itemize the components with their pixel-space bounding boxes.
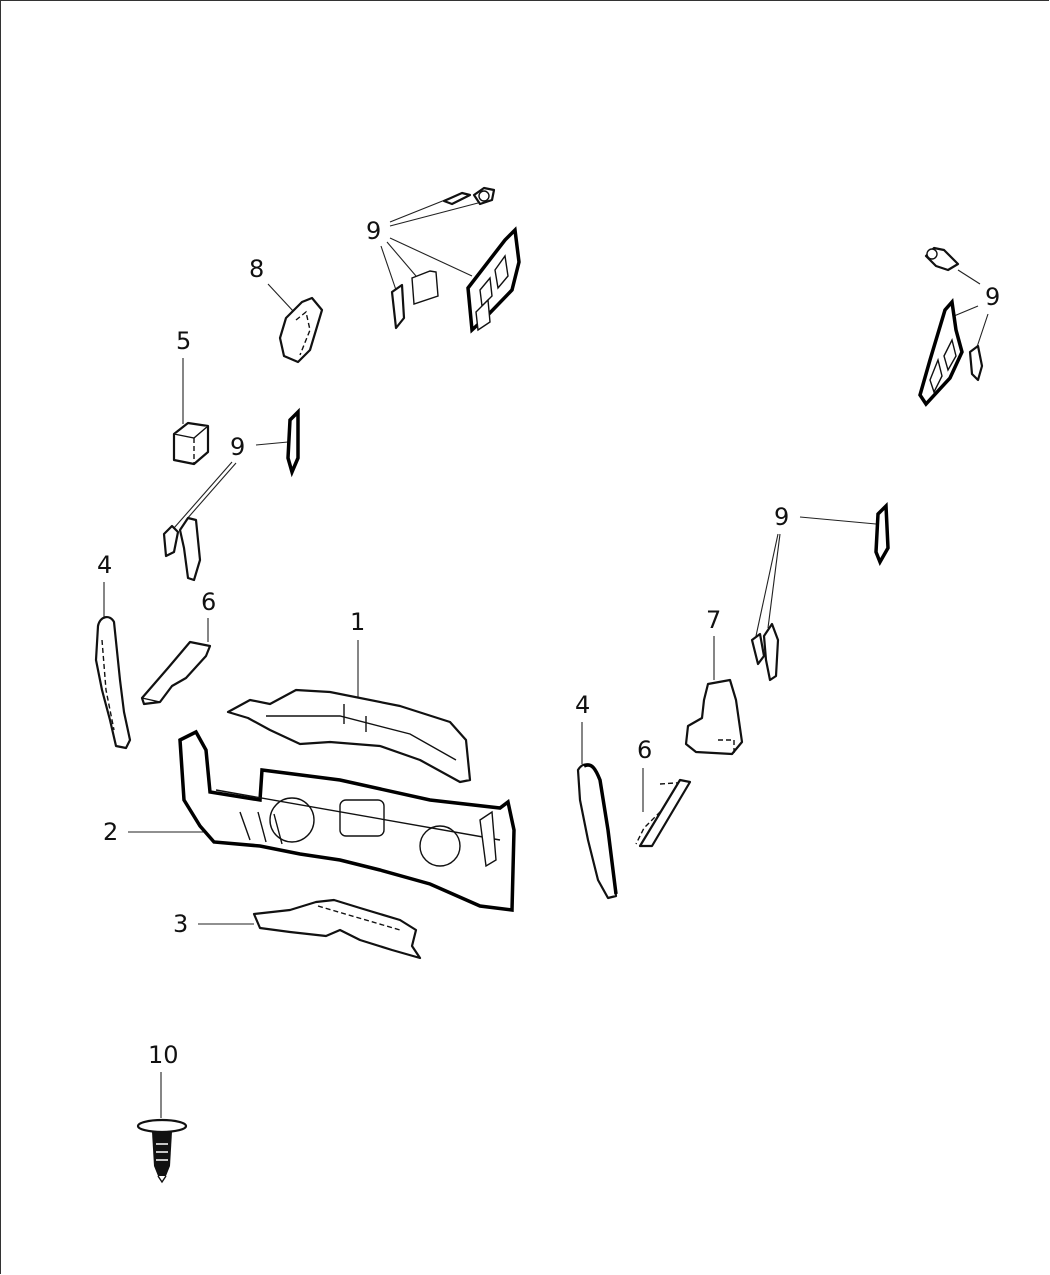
foam-block: 5 [174,327,208,464]
callout-7: 7 [706,606,721,634]
callout-9-left-middle: 9 [230,433,245,461]
callout-4-left: 4 [97,551,112,579]
callout-6-right: 6 [637,736,652,764]
push-pin-retainer: 10 [138,1041,186,1182]
callout-9-top-center: 9 [366,217,381,245]
callout-1: 1 [350,608,365,636]
plug-group-top-right: 9 [920,248,1000,404]
callout-8: 8 [249,255,264,283]
plug-group-right-middle: 9 [752,503,888,680]
cowl-side-silencer: 7 [686,606,742,754]
rocker-silencer-left: 6 [142,588,216,704]
a-pillar-silencer-right: 4 [575,691,616,898]
callout-10: 10 [148,1041,179,1069]
callout-5: 5 [176,327,191,355]
silencer-bracket: 8 [249,255,322,362]
callout-3: 3 [173,910,188,938]
callout-6-left: 6 [201,588,216,616]
floor-tunnel-silencer: 3 [173,900,420,958]
callout-9-top-right: 9 [985,283,1000,311]
callout-2: 2 [103,818,118,846]
parts-diagram: 9 8 5 9 [0,0,1050,1275]
dash-silencer-upper: 1 [228,608,470,782]
rocker-silencer-right: 6 [636,736,690,846]
a-pillar-silencer-left: 4 [96,551,130,748]
callout-4-right: 4 [575,691,590,719]
callout-9-right-middle: 9 [774,503,789,531]
plug-group-top-center: 9 [366,188,519,330]
